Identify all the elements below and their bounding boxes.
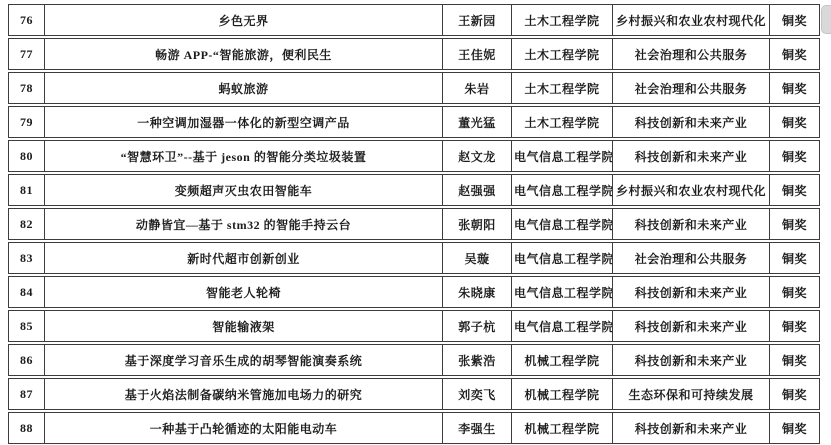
cell-project-name: 智能老人轮椅 bbox=[45, 276, 443, 308]
cell-award-level: 铜奖 bbox=[770, 72, 820, 104]
cell-serial-number: 79 bbox=[8, 106, 45, 138]
table-body: 76 乡色无界 王新园 土木工程学院 乡村振兴和农业农村现代化 铜奖 77 畅游… bbox=[8, 4, 820, 444]
cell-award-level: 铜奖 bbox=[770, 242, 820, 274]
table-row: 81 变频超声灭虫农田智能车 赵强强 电气信息工程学院 乡村振兴和农业农村现代化… bbox=[8, 174, 820, 206]
cell-category: 乡村振兴和农业农村现代化 bbox=[613, 174, 770, 206]
cell-college: 土木工程学院 bbox=[512, 4, 613, 36]
table-row: 85 智能输液架 郭子杭 电气信息工程学院 科技创新和未来产业 铜奖 bbox=[8, 310, 820, 342]
scrollbar-thumb[interactable] bbox=[821, 5, 831, 34]
cell-serial-number: 76 bbox=[8, 4, 45, 36]
cell-serial-number: 82 bbox=[8, 208, 45, 240]
table-row: 76 乡色无界 王新园 土木工程学院 乡村振兴和农业农村现代化 铜奖 bbox=[8, 4, 820, 36]
table-row: 79 一种空调加湿器一体化的新型空调产品 董光猛 土木工程学院 科技创新和未来产… bbox=[8, 106, 820, 138]
cell-project-name: 动静皆宜—基于 stm32 的智能手持云台 bbox=[45, 208, 443, 240]
cell-college: 电气信息工程学院 bbox=[512, 208, 613, 240]
cell-serial-number: 84 bbox=[8, 276, 45, 308]
cell-category: 乡村振兴和农业农村现代化 bbox=[613, 4, 770, 36]
cell-category: 社会治理和公共服务 bbox=[613, 242, 770, 274]
cell-category: 生态环保和可持续发展 bbox=[613, 378, 770, 410]
table-row: 83 新时代超市创新创业 吴璇 电气信息工程学院 社会治理和公共服务 铜奖 bbox=[8, 242, 820, 274]
cell-category: 科技创新和未来产业 bbox=[613, 344, 770, 376]
cell-category: 社会治理和公共服务 bbox=[613, 72, 770, 104]
table-row: 78 蚂蚁旅游 朱岩 土木工程学院 社会治理和公共服务 铜奖 bbox=[8, 72, 820, 104]
table-row: 87 基于火焰法制备碳纳米管施加电场力的研究 刘奕飞 机械工程学院 生态环保和可… bbox=[8, 378, 820, 410]
cell-leader-name: 朱岩 bbox=[443, 72, 512, 104]
cell-category: 科技创新和未来产业 bbox=[613, 140, 770, 172]
cell-leader-name: 王新园 bbox=[443, 4, 512, 36]
cell-leader-name: 张朝阳 bbox=[443, 208, 512, 240]
cell-college: 机械工程学院 bbox=[512, 412, 613, 444]
cell-serial-number: 83 bbox=[8, 242, 45, 274]
table-row: 80 “智慧环卫”--基于 jeson 的智能分类垃圾装置 赵文龙 电气信息工程… bbox=[8, 140, 820, 172]
cell-college: 土木工程学院 bbox=[512, 72, 613, 104]
cell-category: 社会治理和公共服务 bbox=[613, 38, 770, 70]
cell-project-name: 智能输液架 bbox=[45, 310, 443, 342]
cell-award-level: 铜奖 bbox=[770, 310, 820, 342]
cell-award-level: 铜奖 bbox=[770, 208, 820, 240]
cell-leader-name: 朱晓康 bbox=[443, 276, 512, 308]
cell-college: 电气信息工程学院 bbox=[512, 310, 613, 342]
cell-project-name: 基于深度学习音乐生成的胡琴智能演奏系统 bbox=[45, 344, 443, 376]
cell-leader-name: 赵文龙 bbox=[443, 140, 512, 172]
cell-college: 电气信息工程学院 bbox=[512, 242, 613, 274]
cell-award-level: 铜奖 bbox=[770, 378, 820, 410]
cell-project-name: 一种基于凸轮循迹的太阳能电动车 bbox=[45, 412, 443, 444]
cell-project-name: “智慧环卫”--基于 jeson 的智能分类垃圾装置 bbox=[45, 140, 443, 172]
cell-serial-number: 87 bbox=[8, 378, 45, 410]
cell-college: 土木工程学院 bbox=[512, 106, 613, 138]
cell-project-name: 畅游 APP-“智能旅游，便利民生 bbox=[45, 38, 443, 70]
table-row: 86 基于深度学习音乐生成的胡琴智能演奏系统 张紫浩 机械工程学院 科技创新和未… bbox=[8, 344, 820, 376]
cell-award-level: 铜奖 bbox=[770, 106, 820, 138]
table-row: 84 智能老人轮椅 朱晓康 电气信息工程学院 科技创新和未来产业 铜奖 bbox=[8, 276, 820, 308]
cell-project-name: 变频超声灭虫农田智能车 bbox=[45, 174, 443, 206]
cell-serial-number: 85 bbox=[8, 310, 45, 342]
cell-serial-number: 81 bbox=[8, 174, 45, 206]
cell-project-name: 基于火焰法制备碳纳米管施加电场力的研究 bbox=[45, 378, 443, 410]
award-results-table: 76 乡色无界 王新园 土木工程学院 乡村振兴和农业农村现代化 铜奖 77 畅游… bbox=[8, 2, 820, 445]
table-row: 88 一种基于凸轮循迹的太阳能电动车 李强生 机械工程学院 科技创新和未来产业 … bbox=[8, 412, 820, 444]
cell-category: 科技创新和未来产业 bbox=[613, 208, 770, 240]
cell-college: 电气信息工程学院 bbox=[512, 276, 613, 308]
cell-leader-name: 赵强强 bbox=[443, 174, 512, 206]
cell-award-level: 铜奖 bbox=[770, 412, 820, 444]
cell-leader-name: 李强生 bbox=[443, 412, 512, 444]
cell-category: 科技创新和未来产业 bbox=[613, 106, 770, 138]
cell-category: 科技创新和未来产业 bbox=[613, 310, 770, 342]
table-row: 77 畅游 APP-“智能旅游，便利民生 王佳妮 土木工程学院 社会治理和公共服… bbox=[8, 38, 820, 70]
cell-award-level: 铜奖 bbox=[770, 38, 820, 70]
cell-serial-number: 86 bbox=[8, 344, 45, 376]
cell-award-level: 铜奖 bbox=[770, 344, 820, 376]
cell-leader-name: 王佳妮 bbox=[443, 38, 512, 70]
cell-leader-name: 吴璇 bbox=[443, 242, 512, 274]
cell-project-name: 蚂蚁旅游 bbox=[45, 72, 443, 104]
cell-award-level: 铜奖 bbox=[770, 276, 820, 308]
cell-award-level: 铜奖 bbox=[770, 4, 820, 36]
cell-leader-name: 张紫浩 bbox=[443, 344, 512, 376]
cell-project-name: 新时代超市创新创业 bbox=[45, 242, 443, 274]
cell-college: 机械工程学院 bbox=[512, 344, 613, 376]
cell-college: 电气信息工程学院 bbox=[512, 174, 613, 206]
cell-leader-name: 郭子杭 bbox=[443, 310, 512, 342]
cell-award-level: 铜奖 bbox=[770, 140, 820, 172]
cell-category: 科技创新和未来产业 bbox=[613, 412, 770, 444]
cell-serial-number: 80 bbox=[8, 140, 45, 172]
cell-leader-name: 董光猛 bbox=[443, 106, 512, 138]
cell-college: 机械工程学院 bbox=[512, 378, 613, 410]
cell-leader-name: 刘奕飞 bbox=[443, 378, 512, 410]
cell-award-level: 铜奖 bbox=[770, 174, 820, 206]
cell-college: 电气信息工程学院 bbox=[512, 140, 613, 172]
cell-serial-number: 78 bbox=[8, 72, 45, 104]
cell-serial-number: 77 bbox=[8, 38, 45, 70]
cell-college: 土木工程学院 bbox=[512, 38, 613, 70]
cell-serial-number: 88 bbox=[8, 412, 45, 444]
cell-category: 科技创新和未来产业 bbox=[613, 276, 770, 308]
table-row: 82 动静皆宜—基于 stm32 的智能手持云台 张朝阳 电气信息工程学院 科技… bbox=[8, 208, 820, 240]
cell-project-name: 一种空调加湿器一体化的新型空调产品 bbox=[45, 106, 443, 138]
cell-project-name: 乡色无界 bbox=[45, 4, 443, 36]
